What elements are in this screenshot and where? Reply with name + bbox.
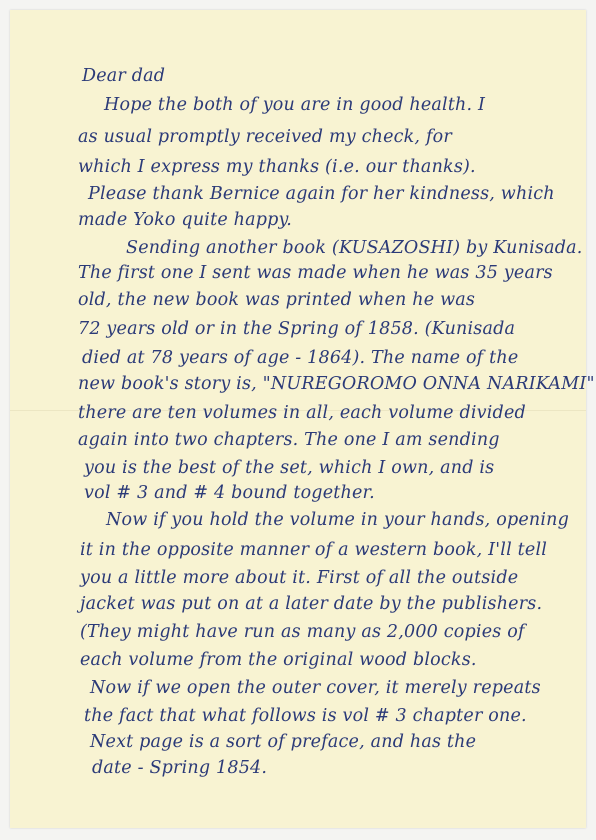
- letter-line: died at 78 years of age - 1864). The nam…: [82, 348, 518, 368]
- letter-line: Hope the both of you are in good health.…: [104, 95, 485, 115]
- letter-line: each volume from the original wood block…: [80, 650, 477, 670]
- letter-line: The first one I sent was made when he wa…: [78, 263, 553, 283]
- letter-line: you a little more about it. First of all…: [80, 568, 518, 588]
- letter-line: date - Spring 1854.: [92, 758, 267, 778]
- letter-line: made Yoko quite happy.: [78, 210, 292, 230]
- letter-line: vol # 3 and # 4 bound together.: [84, 483, 375, 503]
- letter-line: old, the new book was printed when he wa…: [78, 290, 475, 310]
- letter-line: Next page is a sort of preface, and has …: [90, 732, 476, 752]
- letter-line: you is the best of the set, which I own,…: [84, 458, 494, 478]
- letter-line: again into two chapters. The one I am se…: [78, 430, 500, 450]
- letter-line: it in the opposite manner of a western b…: [80, 540, 547, 560]
- letter-line: Please thank Bernice again for her kindn…: [88, 184, 555, 204]
- letter-line: Now if we open the outer cover, it merel…: [90, 678, 541, 698]
- letter-line: (They might have run as many as 2,000 co…: [80, 622, 525, 642]
- letter-line: which I express my thanks (i.e. our than…: [78, 157, 476, 177]
- letter-line: there are ten volumes in all, each volum…: [78, 403, 526, 423]
- letter-line: as usual promptly received my check, for: [78, 127, 452, 147]
- letter-line: the fact that what follows is vol # 3 ch…: [84, 706, 527, 726]
- letter-line: 72 years old or in the Spring of 1858. (…: [78, 319, 515, 339]
- letter-line: jacket was put on at a later date by the…: [80, 594, 542, 614]
- letter-line: Sending another book (KUSAZOSHI) by Kuni…: [126, 238, 583, 258]
- letter-line: Now if you hold the volume in your hands…: [106, 510, 569, 530]
- salutation: Dear dad: [82, 66, 165, 86]
- letter-line: new book's story is, "NUREGOROMO ONNA NA…: [78, 374, 595, 394]
